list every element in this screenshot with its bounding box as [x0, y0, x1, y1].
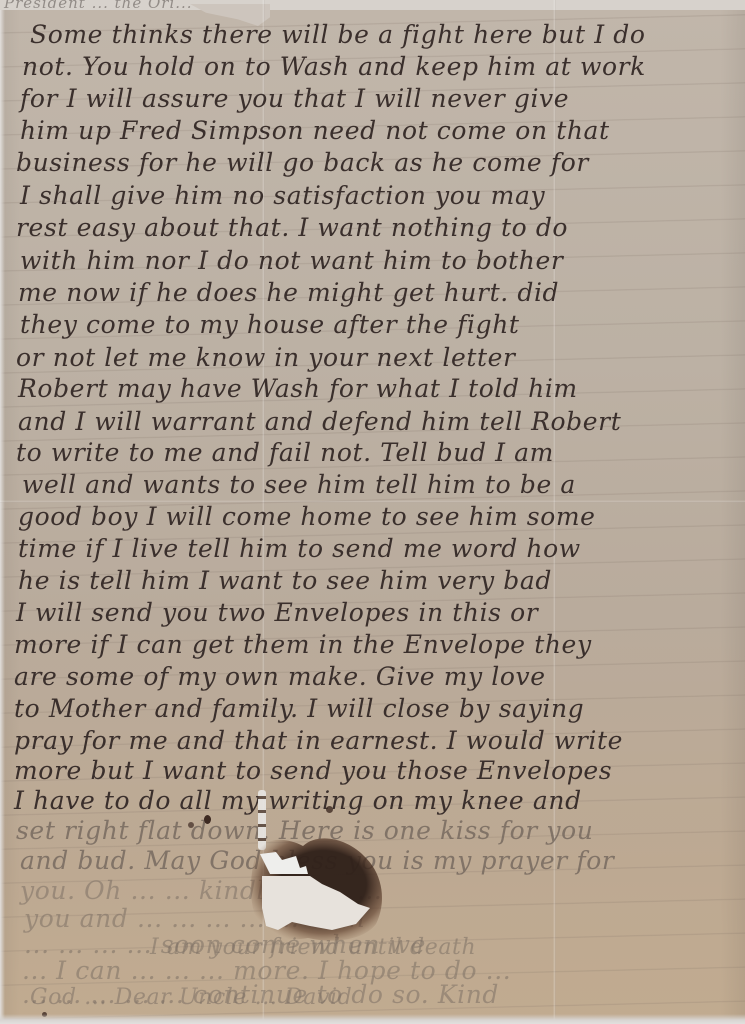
letter-line: me now if he does he might get hurt. did: [18, 278, 559, 307]
letter-line: rest easy about that. I want nothing to …: [16, 213, 568, 242]
background-sheet-strip: President ... the Ori...: [0, 0, 745, 10]
letter-line: they come to my house after the fight: [20, 310, 520, 339]
letter-line: and I will warrant and defend him tell R…: [18, 407, 621, 436]
letter-line: business for he will go back as he come …: [16, 148, 589, 177]
ink-spot: [204, 815, 211, 824]
letter-line: for I will assure you that I will never …: [20, 84, 569, 113]
letter-line: with him nor I do not want him to bother: [20, 246, 563, 275]
letter-line: I shall give him no satisfaction you may: [20, 181, 545, 210]
letter-line: are some of my own make. Give my love: [14, 662, 546, 691]
letter-line: Some thinks there will be a fight here b…: [30, 20, 645, 49]
paper-left-edge: [0, 0, 5, 1024]
letter-signature: God ... Dear Uncle ... David: [30, 985, 352, 1010]
letter-line: or not let me know in your next letter: [16, 343, 516, 372]
letter-line: good boy I will come home to see him som…: [18, 502, 596, 531]
letter-line: pray for me and that in earnest. I would…: [14, 726, 623, 755]
letter-line: more if I can get them in the Envelope t…: [14, 630, 592, 659]
burn-hole: [248, 832, 388, 944]
ink-spot: [326, 806, 333, 813]
letter-line: more but I want to send you those Envelo…: [14, 756, 612, 785]
letter-line: him up Fred Simpson need not come on tha…: [20, 116, 610, 145]
paper-bottom-edge: [0, 1014, 745, 1024]
letter-line: Robert may have Wash for what I told him: [18, 374, 578, 403]
letter-line: not. You hold on to Wash and keep him at…: [22, 52, 646, 81]
letter-line: time if I live tell him to send me word …: [18, 534, 581, 563]
letter-line: he is tell him I want to see him very ba…: [18, 566, 552, 595]
letter-page: President ... the Ori... Some thinks the…: [0, 0, 745, 1024]
letter-line: to Mother and family. I will close by sa…: [14, 694, 584, 723]
letter-line: well and wants to see him tell him to be…: [22, 470, 576, 499]
letter-line: I have to do all my writing on my knee a…: [14, 786, 582, 815]
letter-line: to write to me and fail not. Tell bud I …: [16, 438, 554, 467]
background-sheet-text: President ... the Ori...: [4, 0, 193, 12]
ink-spot: [188, 822, 194, 828]
letter-line: I will send you two Envelopes in this or: [16, 598, 538, 627]
